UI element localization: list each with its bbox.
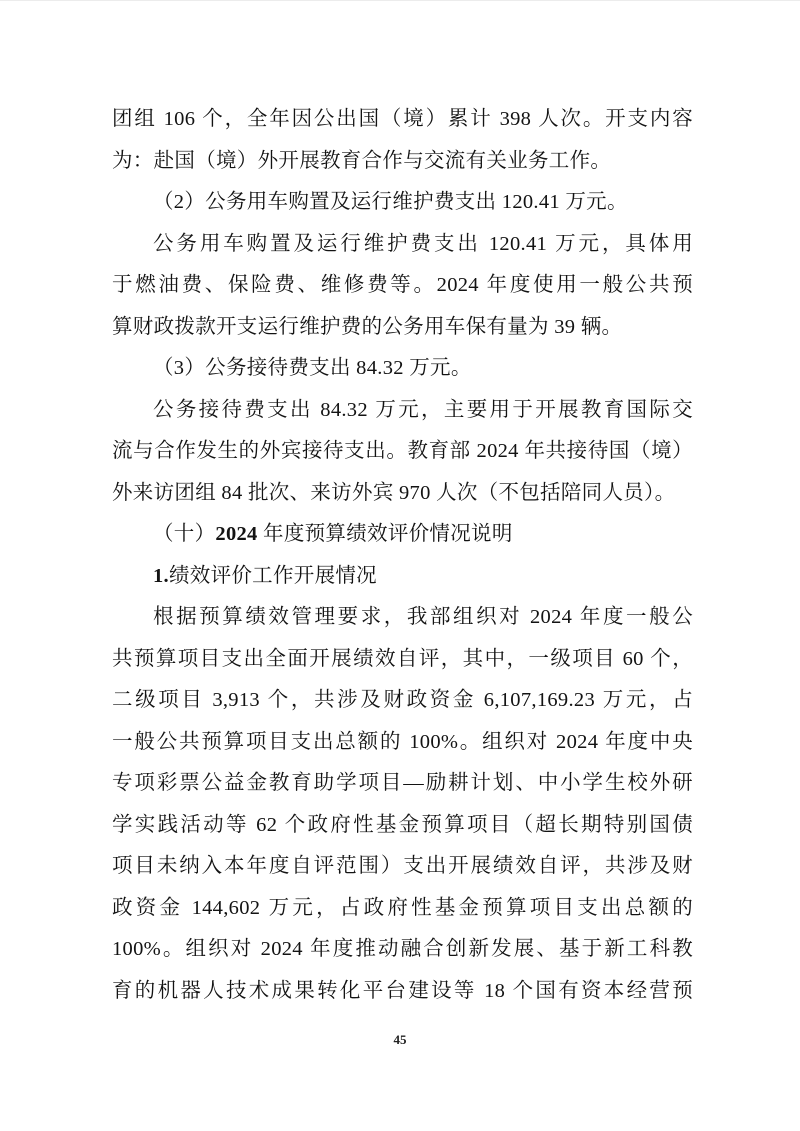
text-line: 公务接待费支出 84.32 万元，主要用于开展教育国际交 bbox=[112, 390, 693, 432]
text-line: 公务用车购置及运行维护费支出 120.41 万元，具体用 bbox=[112, 224, 693, 266]
text-line: 共预算项目支出全面开展绩效自评，其中，一级项目 60 个， bbox=[112, 639, 693, 681]
text-segment: 学实践活动等 62 个政府性基金预算项目（超长期特别国债 bbox=[112, 814, 693, 836]
text-segment: 政资金 144,602 万元，占政府性基金预算项目支出总额的 bbox=[112, 897, 693, 919]
text-line: （3）公务接待费支出 84.32 万元。 bbox=[112, 348, 693, 390]
text-line: 流与合作发生的外宾接待支出。教育部 2024 年共接待国（境） bbox=[112, 431, 693, 473]
section-heading-line: （十）2024 年度预算绩效评价情况说明 bbox=[112, 514, 693, 556]
text-line: 于燃油费、保险费、维修费等。2024 年度使用一般公共预 bbox=[112, 265, 693, 307]
text-segment: 二级项目 3,913 个，共涉及财政资金 6,107,169.23 万元，占 bbox=[112, 689, 693, 711]
page-number: 45 bbox=[0, 1032, 800, 1048]
text-segment: 育的机器人技术成果转化平台建设等 18 个国有资本经营预 bbox=[112, 980, 693, 1002]
document-page: 团组 106 个，全年因公出国（境）累计 398 人次。开支内容为：赴国（境）外… bbox=[0, 0, 800, 1131]
text-line: 政资金 144,602 万元，占政府性基金预算项目支出总额的 bbox=[112, 888, 693, 930]
text-line: 专项彩票公益金教育助学项目—励耕计划、中小学生校外研 bbox=[112, 763, 693, 805]
text-segment: （2）公务用车购置及运行维护费支出 120.41 万元。 bbox=[153, 191, 628, 213]
text-segment: 100%。组织对 2024 年度推动融合创新发展、基于新工科教 bbox=[112, 938, 693, 960]
text-line: 二级项目 3,913 个，共涉及财政资金 6,107,169.23 万元，占 bbox=[112, 680, 693, 722]
text-segment: 公务用车购置及运行维护费支出 120.41 万元，具体用 bbox=[153, 233, 693, 255]
text-segment: 共预算项目支出全面开展绩效自评，其中，一级项目 60 个， bbox=[112, 648, 693, 670]
text-line: 为：赴国（境）外开展教育合作与交流有关业务工作。 bbox=[112, 141, 693, 183]
text-line: （2）公务用车购置及运行维护费支出 120.41 万元。 bbox=[112, 182, 693, 224]
text-line: 算财政拨款开支运行维护费的公务用车保有量为 39 辆。 bbox=[112, 307, 693, 349]
text-segment: 算财政拨款开支运行维护费的公务用车保有量为 39 辆。 bbox=[112, 316, 622, 338]
text-segment: 于燃油费、保险费、维修费等。2024 年度使用一般公共预 bbox=[112, 274, 693, 296]
text-segment: 一般公共预算项目支出总额的 100%。组织对 2024 年度中央 bbox=[112, 731, 693, 753]
text-segment: 流与合作发生的外宾接待支出。教育部 2024 年共接待国（境） bbox=[112, 440, 693, 462]
text-line: 学实践活动等 62 个政府性基金预算项目（超长期特别国债 bbox=[112, 805, 693, 847]
subsection-heading-line: 1.绩效评价工作开展情况 bbox=[112, 556, 693, 598]
bold-text-segment: 1. bbox=[153, 565, 169, 587]
text-segment: 年度预算绩效评价情况说明 bbox=[258, 523, 513, 545]
text-line: 项目未纳入本年度自评范围）支出开展绩效自评，共涉及财 bbox=[112, 846, 693, 888]
text-segment: （十） bbox=[153, 523, 215, 545]
text-segment: 外来访团组 84 批次、来访外宾 970 人次（不包括陪同人员）。 bbox=[112, 482, 675, 504]
text-line: 外来访团组 84 批次、来访外宾 970 人次（不包括陪同人员）。 bbox=[112, 473, 693, 515]
text-segment: 公务接待费支出 84.32 万元，主要用于开展教育国际交 bbox=[153, 399, 693, 421]
text-segment: 团组 106 个，全年因公出国（境）累计 398 人次。开支内容 bbox=[112, 108, 693, 130]
text-segment: 绩效评价工作开展情况 bbox=[169, 565, 377, 587]
bold-text-segment: 2024 bbox=[215, 523, 257, 545]
text-line: 根据预算绩效管理要求，我部组织对 2024 年度一般公 bbox=[112, 597, 693, 639]
text-line: 育的机器人技术成果转化平台建设等 18 个国有资本经营预 bbox=[112, 971, 693, 1013]
text-line: 团组 106 个，全年因公出国（境）累计 398 人次。开支内容 bbox=[112, 99, 693, 141]
text-segment: （3）公务接待费支出 84.32 万元。 bbox=[153, 357, 472, 379]
text-line: 100%。组织对 2024 年度推动融合创新发展、基于新工科教 bbox=[112, 929, 693, 971]
text-line: 一般公共预算项目支出总额的 100%。组织对 2024 年度中央 bbox=[112, 722, 693, 764]
text-block: 团组 106 个，全年因公出国（境）累计 398 人次。开支内容为：赴国（境）外… bbox=[112, 99, 693, 1012]
text-segment: 专项彩票公益金教育助学项目—励耕计划、中小学生校外研 bbox=[112, 772, 693, 794]
text-segment: 根据预算绩效管理要求，我部组织对 2024 年度一般公 bbox=[153, 606, 693, 628]
text-segment: 项目未纳入本年度自评范围）支出开展绩效自评，共涉及财 bbox=[112, 855, 693, 877]
text-segment: 为：赴国（境）外开展教育合作与交流有关业务工作。 bbox=[112, 150, 611, 172]
